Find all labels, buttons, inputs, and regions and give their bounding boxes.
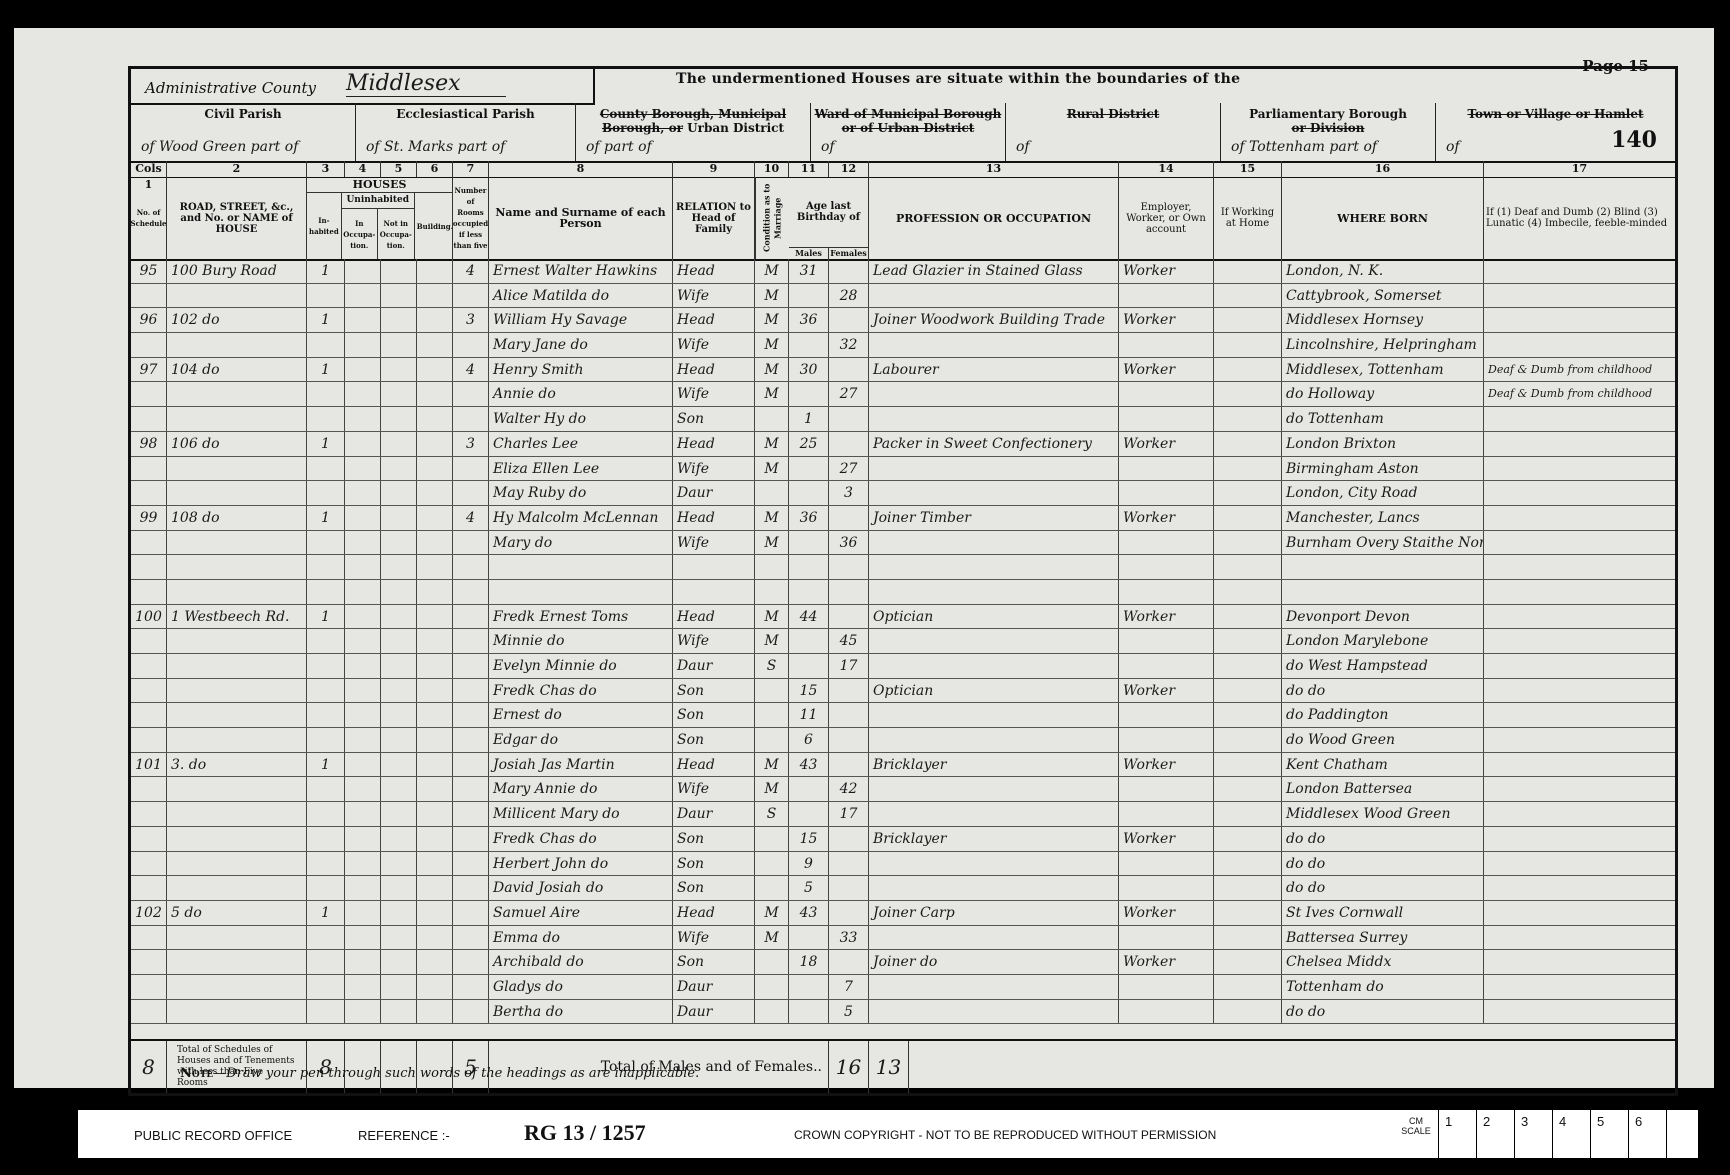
table-row: 1001 Westbeech Rd.1Fredk Ernest TomsHead… (131, 605, 1675, 630)
inhabited-count: 1 (307, 259, 345, 283)
building (417, 679, 453, 703)
form-header: Administrative County Middlesex The unde… (131, 69, 1675, 163)
in-occupation (345, 308, 381, 332)
marital-condition (755, 703, 789, 727)
house-address (167, 827, 307, 851)
rooms-count (453, 679, 489, 703)
age-male: 15 (789, 827, 829, 851)
person-name: Gladys do (489, 975, 673, 999)
relation (673, 555, 755, 579)
person-name: Edgar do (489, 728, 673, 752)
schedule-number (131, 457, 167, 481)
employment-status (1119, 555, 1214, 579)
inhabited-count (307, 654, 345, 678)
age-male (789, 629, 829, 653)
reference-number: RG 13 / 1257 (524, 1120, 646, 1146)
schedule-number (131, 382, 167, 406)
person-name: Bertha do (489, 1000, 673, 1024)
in-occupation (345, 827, 381, 851)
occupation: Joiner Timber (869, 506, 1119, 530)
table-row: Mary Annie doWifeM42London Battersea (131, 777, 1675, 802)
person-name: Ernest Walter Hawkins (489, 259, 673, 283)
birthplace: do do (1282, 1000, 1484, 1024)
person-name: Archibald do (489, 950, 673, 974)
relation: Wife (673, 457, 755, 481)
building (417, 407, 453, 431)
schedule-number (131, 950, 167, 974)
relation: Wife (673, 284, 755, 308)
infirmity (1484, 950, 1675, 974)
in-occupation (345, 531, 381, 555)
column-numbers: Cols 1 2 3 4 5 6 7 8 9 10 11 12 13 14 15… (131, 161, 1675, 178)
house-address (167, 852, 307, 876)
not-in-occupation (381, 284, 417, 308)
in-occupation (345, 629, 381, 653)
birthplace: Burnham Overy Staithe Norfolk (1282, 531, 1484, 555)
civil-parish-cell: Civil Parish of Wood Green part of (131, 103, 356, 161)
building (417, 580, 453, 604)
rooms-count (453, 284, 489, 308)
infirmity (1484, 654, 1675, 678)
schedule-number (131, 777, 167, 801)
birthplace: do Holloway (1282, 382, 1484, 406)
relation: Head (673, 432, 755, 456)
rooms-count: 4 (453, 358, 489, 382)
inhabited-count (307, 802, 345, 826)
employment-status (1119, 654, 1214, 678)
house-address (167, 457, 307, 481)
in-occupation (345, 802, 381, 826)
age-female (829, 852, 869, 876)
working-at-home (1214, 259, 1282, 283)
house-address: 3. do (167, 753, 307, 777)
building (417, 605, 453, 629)
employment-status (1119, 728, 1214, 752)
birthplace: Birmingham Aston (1282, 457, 1484, 481)
not-in-occupation (381, 753, 417, 777)
inhabited-count (307, 555, 345, 579)
age-male (789, 802, 829, 826)
rooms-count (453, 802, 489, 826)
person-name: Herbert John do (489, 852, 673, 876)
age-female: 33 (829, 926, 869, 950)
birthplace: do do (1282, 876, 1484, 900)
table-row: 96102 do13William Hy SavageHeadM36Joiner… (131, 308, 1675, 333)
employment-status (1119, 777, 1214, 801)
age-female: 28 (829, 284, 869, 308)
age-male (789, 1000, 829, 1024)
working-at-home (1214, 852, 1282, 876)
inhabited-count (307, 531, 345, 555)
infirmity (1484, 531, 1675, 555)
house-address (167, 654, 307, 678)
rooms-count: 3 (453, 432, 489, 456)
rooms-count: 3 (453, 308, 489, 332)
relation: Head (673, 901, 755, 925)
relation: Wife (673, 382, 755, 406)
employment-status (1119, 629, 1214, 653)
in-occupation (345, 753, 381, 777)
rooms-count (453, 926, 489, 950)
in-occupation (345, 333, 381, 357)
person-name: Eliza Ellen Lee (489, 457, 673, 481)
occupation (869, 333, 1119, 357)
occupation (869, 777, 1119, 801)
age-male: 9 (789, 852, 829, 876)
in-occupation (345, 555, 381, 579)
infirmity (1484, 703, 1675, 727)
employment-status (1119, 975, 1214, 999)
marital-condition: S (755, 654, 789, 678)
marital-condition: M (755, 605, 789, 629)
employment-status (1119, 703, 1214, 727)
copyright-notice: CROWN COPYRIGHT - NOT TO BE REPRODUCED W… (794, 1128, 1216, 1142)
occupation: Bricklayer (869, 827, 1119, 851)
table-row: Archibald doSon18Joiner doWorkerChelsea … (131, 950, 1675, 975)
employment-status (1119, 580, 1214, 604)
house-address (167, 1000, 307, 1024)
relation: Son (673, 876, 755, 900)
census-entries: 95100 Bury Road14Ernest Walter HawkinsHe… (131, 259, 1675, 1024)
ward-cell: Ward of Municipal Borough or of Urban Di… (811, 103, 1006, 161)
age-female (829, 506, 869, 530)
house-address: 5 do (167, 901, 307, 925)
employment-status (1119, 382, 1214, 406)
occupation (869, 382, 1119, 406)
age-female (829, 728, 869, 752)
house-address (167, 679, 307, 703)
not-in-occupation (381, 950, 417, 974)
rooms-count (453, 605, 489, 629)
marital-condition (755, 580, 789, 604)
occupation (869, 629, 1119, 653)
rooms-count (453, 555, 489, 579)
not-in-occupation (381, 827, 417, 851)
schedule-number (131, 555, 167, 579)
working-at-home (1214, 777, 1282, 801)
schedule-number: 100 (131, 605, 167, 629)
not-in-occupation (381, 382, 417, 406)
inhabited-count (307, 728, 345, 752)
in-occupation (345, 259, 381, 283)
building (417, 975, 453, 999)
table-row: David Josiah doSon5do do (131, 876, 1675, 901)
table-row: Walter Hy doSon1do Tottenham (131, 407, 1675, 432)
infirmity (1484, 753, 1675, 777)
relation: Head (673, 358, 755, 382)
working-at-home (1214, 901, 1282, 925)
inhabited-count: 1 (307, 506, 345, 530)
rooms-count (453, 382, 489, 406)
age-male: 5 (789, 876, 829, 900)
infirmity (1484, 407, 1675, 431)
person-name: Mary do (489, 531, 673, 555)
birthplace: Tottenham do (1282, 975, 1484, 999)
reference-label: REFERENCE :- (358, 1128, 450, 1143)
in-occupation (345, 457, 381, 481)
table-row: Bertha doDaur5do do (131, 1000, 1675, 1025)
infirmity (1484, 827, 1675, 851)
not-in-occupation (381, 481, 417, 505)
house-address: 106 do (167, 432, 307, 456)
age-male: 36 (789, 308, 829, 332)
building (417, 901, 453, 925)
house-address (167, 284, 307, 308)
marital-condition: M (755, 308, 789, 332)
infirmity (1484, 308, 1675, 332)
form-note: Note—Draw your pen through such words of… (180, 1066, 699, 1081)
schedule-number (131, 802, 167, 826)
building (417, 259, 453, 283)
employment-status: Worker (1119, 506, 1214, 530)
house-address (167, 382, 307, 406)
building (417, 777, 453, 801)
county-label: Administrative County (145, 79, 316, 97)
age-female (829, 259, 869, 283)
working-at-home (1214, 506, 1282, 530)
working-at-home (1214, 580, 1282, 604)
occupation: Joiner do (869, 950, 1119, 974)
age-female: 27 (829, 382, 869, 406)
relation: Wife (673, 629, 755, 653)
person-name: Mary Jane do (489, 333, 673, 357)
not-in-occupation (381, 629, 417, 653)
not-in-occupation (381, 926, 417, 950)
relation: Head (673, 753, 755, 777)
in-occupation (345, 407, 381, 431)
county-value: Middlesex (346, 71, 506, 97)
schedule-number (131, 654, 167, 678)
marital-condition (755, 728, 789, 752)
marital-condition: M (755, 284, 789, 308)
age-male: 44 (789, 605, 829, 629)
age-female: 7 (829, 975, 869, 999)
employment-status (1119, 876, 1214, 900)
birthplace: London, N. K. (1282, 259, 1484, 283)
building (417, 728, 453, 752)
occupation: Lead Glazier in Stained Glass (869, 259, 1119, 283)
age-male: 31 (789, 259, 829, 283)
marital-condition (755, 950, 789, 974)
infirmity (1484, 679, 1675, 703)
person-name: Fredk Chas do (489, 679, 673, 703)
occupation (869, 975, 1119, 999)
marital-condition: M (755, 901, 789, 925)
age-male (789, 580, 829, 604)
building (417, 926, 453, 950)
inhabited-count (307, 975, 345, 999)
birthplace: do do (1282, 679, 1484, 703)
marital-condition (755, 852, 789, 876)
inhabited-count (307, 852, 345, 876)
ecclesiastical-parish-cell: Ecclesiastical Parish of St. Marks part … (356, 103, 576, 161)
table-row: Emma doWifeM33Battersea Surrey (131, 926, 1675, 951)
relation: Head (673, 506, 755, 530)
employment-status (1119, 926, 1214, 950)
not-in-occupation (381, 506, 417, 530)
birthplace: do do (1282, 827, 1484, 851)
birthplace: Middlesex Hornsey (1282, 308, 1484, 332)
in-occupation (345, 382, 381, 406)
birthplace (1282, 555, 1484, 579)
employment-status: Worker (1119, 358, 1214, 382)
age-female (829, 407, 869, 431)
record-office: PUBLIC RECORD OFFICE (134, 1128, 292, 1143)
working-at-home (1214, 827, 1282, 851)
rooms-count (453, 629, 489, 653)
building (417, 950, 453, 974)
houses-heading: HOUSES In-habited Uninhabited In Occupa-… (307, 177, 453, 259)
cm-scale: CM SCALE 1 2 3 4 5 6 (1394, 1110, 1726, 1158)
age-male: 36 (789, 506, 829, 530)
house-address (167, 975, 307, 999)
employment-status (1119, 284, 1214, 308)
table-row: Evelyn Minnie doDaurS17do West Hampstead (131, 654, 1675, 679)
inhabited-count (307, 777, 345, 801)
parliamentary-borough-cell: Parliamentary Boroughor Division of Tott… (1221, 103, 1436, 161)
age-male: 25 (789, 432, 829, 456)
marital-condition: M (755, 333, 789, 357)
relation: Head (673, 308, 755, 332)
inhabited-count: 1 (307, 901, 345, 925)
birthplace: St Ives Cornwall (1282, 901, 1484, 925)
house-address: 102 do (167, 308, 307, 332)
birthplace: do do (1282, 852, 1484, 876)
inhabited-count (307, 481, 345, 505)
inhabited-count (307, 926, 345, 950)
age-female (829, 605, 869, 629)
relation: Son (673, 679, 755, 703)
rooms-count (453, 777, 489, 801)
building (417, 1000, 453, 1024)
table-row: Fredk Chas doSon15OpticianWorkerdo do (131, 679, 1675, 704)
inhabited-count (307, 333, 345, 357)
employment-status: Worker (1119, 259, 1214, 283)
person-name: Charles Lee (489, 432, 673, 456)
age-female (829, 679, 869, 703)
form-title: The undermentioned Houses are situate wi… (676, 71, 1240, 87)
employment-status (1119, 802, 1214, 826)
inhabited-count: 1 (307, 753, 345, 777)
age-female (829, 555, 869, 579)
marital-condition: M (755, 753, 789, 777)
occupation: Joiner Woodwork Building Trade (869, 308, 1119, 332)
total-females: 13 (869, 1041, 909, 1093)
person-name: Emma do (489, 926, 673, 950)
inhabited-count: 1 (307, 358, 345, 382)
building (417, 506, 453, 530)
birthplace: do West Hampstead (1282, 654, 1484, 678)
table-row: 98106 do13Charles LeeHeadM25Packer in Sw… (131, 432, 1675, 457)
table-row: Herbert John doSon9do do (131, 852, 1675, 877)
birthplace: do Paddington (1282, 703, 1484, 727)
table-row (131, 555, 1675, 580)
schedule-number: 96 (131, 308, 167, 332)
total-schedules: 8 (131, 1041, 167, 1093)
relation: Son (673, 703, 755, 727)
rooms-count (453, 654, 489, 678)
house-address: 1 Westbeech Rd. (167, 605, 307, 629)
column-headings: No. of Schedule ROAD, STREET, &c., and N… (131, 177, 1675, 261)
birthplace: London Battersea (1282, 777, 1484, 801)
age-female: 36 (829, 531, 869, 555)
relation: Wife (673, 777, 755, 801)
rooms-count: 4 (453, 506, 489, 530)
house-address (167, 580, 307, 604)
district-row: Civil Parish of Wood Green part of Eccle… (131, 103, 1675, 161)
working-at-home (1214, 679, 1282, 703)
in-occupation (345, 432, 381, 456)
working-at-home (1214, 950, 1282, 974)
employment-status: Worker (1119, 605, 1214, 629)
age-male: 18 (789, 950, 829, 974)
not-in-occupation (381, 975, 417, 999)
age-female (829, 703, 869, 727)
inhabited-count (307, 1000, 345, 1024)
relation: Daur (673, 975, 755, 999)
person-name: Hy Malcolm McLennan (489, 506, 673, 530)
employment-status (1119, 531, 1214, 555)
age-female: 42 (829, 777, 869, 801)
occupation (869, 876, 1119, 900)
in-occupation (345, 605, 381, 629)
not-in-occupation (381, 802, 417, 826)
age-heading: Age last Birthday of Males Females (789, 177, 869, 259)
infirmity: Deaf & Dumb from childhood (1484, 358, 1675, 382)
inhabited-count (307, 703, 345, 727)
in-occupation (345, 284, 381, 308)
infirmity (1484, 777, 1675, 801)
relation (673, 580, 755, 604)
person-name: Henry Smith (489, 358, 673, 382)
schedule-number (131, 827, 167, 851)
in-occupation (345, 777, 381, 801)
inhabited-count (307, 284, 345, 308)
working-at-home (1214, 926, 1282, 950)
building (417, 531, 453, 555)
age-male (789, 777, 829, 801)
occupation (869, 555, 1119, 579)
inhabited-count (307, 407, 345, 431)
occupation (869, 703, 1119, 727)
age-female (829, 432, 869, 456)
marital-condition (755, 975, 789, 999)
enumeration-number: 140 (1611, 127, 1657, 153)
relation: Wife (673, 926, 755, 950)
birthplace: Devonport Devon (1282, 605, 1484, 629)
birthplace: do Tottenham (1282, 407, 1484, 431)
archive-footer: PUBLIC RECORD OFFICE REFERENCE :- RG 13 … (78, 1105, 1698, 1163)
infirmity (1484, 506, 1675, 530)
person-name: Millicent Mary do (489, 802, 673, 826)
table-row: Fredk Chas doSon15BricklayerWorkerdo do (131, 827, 1675, 852)
marital-condition (755, 827, 789, 851)
working-at-home (1214, 432, 1282, 456)
person-name: May Ruby do (489, 481, 673, 505)
building (417, 284, 453, 308)
working-at-home (1214, 654, 1282, 678)
working-at-home (1214, 703, 1282, 727)
house-address (167, 531, 307, 555)
employment-status: Worker (1119, 432, 1214, 456)
building (417, 876, 453, 900)
house-address (167, 777, 307, 801)
in-occupation (345, 876, 381, 900)
house-address (167, 802, 307, 826)
infirmity (1484, 1000, 1675, 1024)
marital-condition: M (755, 457, 789, 481)
schedule-number (131, 703, 167, 727)
